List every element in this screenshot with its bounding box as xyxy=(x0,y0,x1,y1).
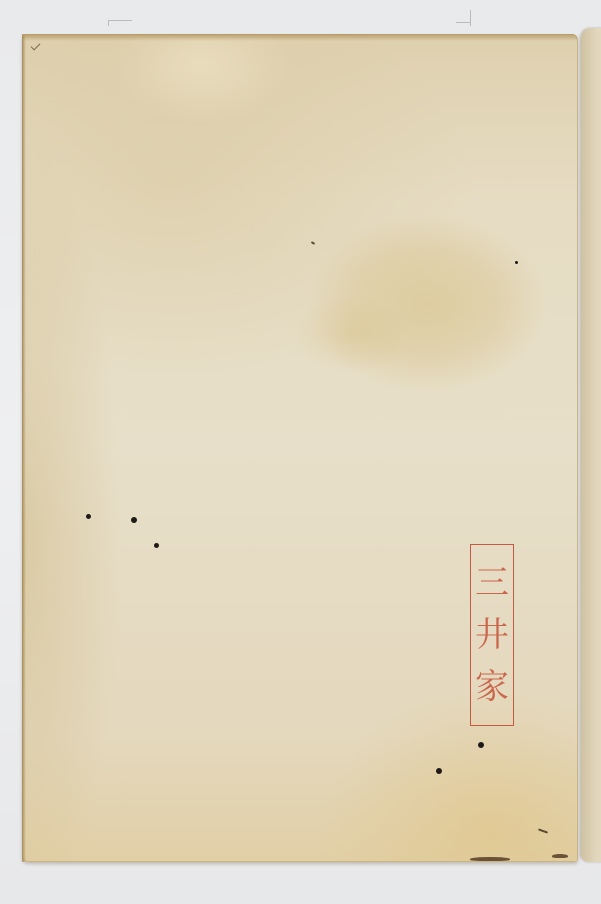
worm-hole xyxy=(436,768,442,774)
pinhole xyxy=(515,261,518,264)
seal-character: 家 xyxy=(475,668,509,706)
seal-character: 井 xyxy=(475,616,509,654)
pencil-mark-right-tick xyxy=(470,10,471,26)
page-top-edge xyxy=(22,34,578,41)
pencil-mark-right xyxy=(456,22,470,23)
worm-hole xyxy=(154,543,159,548)
pencil-mark-left xyxy=(108,20,132,21)
edge-damage xyxy=(470,857,510,861)
worm-hole xyxy=(86,514,91,519)
book-page xyxy=(22,34,578,862)
worm-hole xyxy=(478,742,484,748)
edge-damage xyxy=(538,828,548,833)
red-seal-stamp: 三 井 家 xyxy=(470,544,514,726)
worm-hole xyxy=(131,517,137,523)
seal-character: 三 xyxy=(475,564,509,602)
edge-damage xyxy=(552,854,568,858)
speck xyxy=(311,241,315,245)
corner-check-mark-icon xyxy=(31,41,41,51)
pencil-mark-left-tick xyxy=(108,20,109,26)
adjacent-page-edge xyxy=(581,28,601,862)
page-left-edge xyxy=(22,34,26,862)
